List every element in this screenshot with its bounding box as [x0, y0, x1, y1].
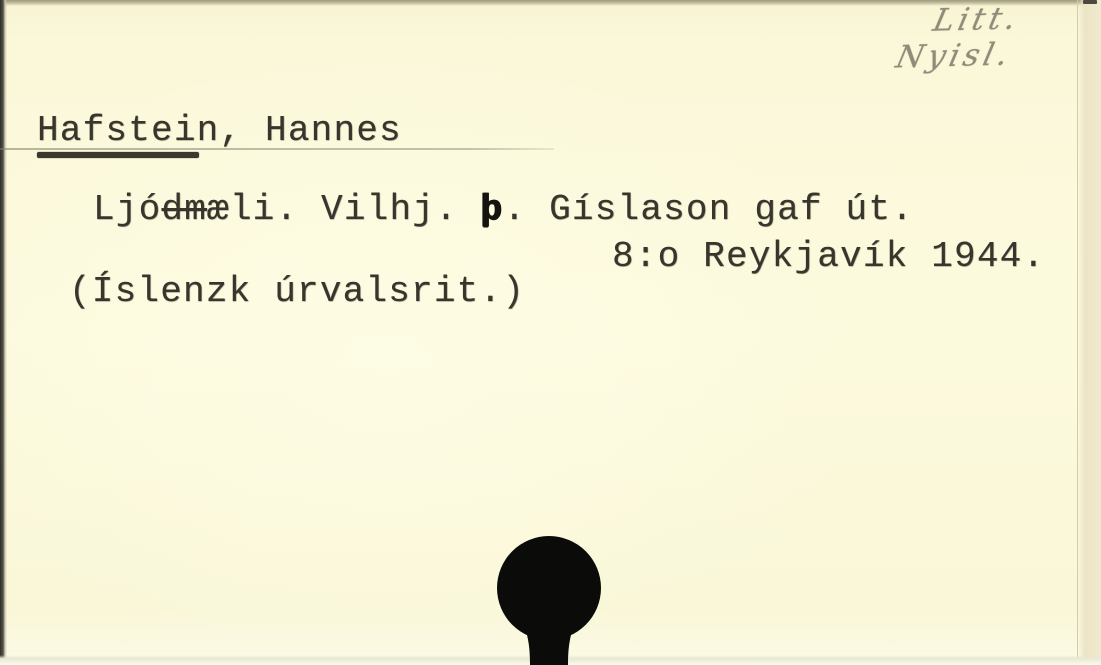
card-right-edge: [1077, 0, 1101, 665]
title-segment: æli. Vilhj.: [207, 189, 481, 230]
series-statement: (Íslenzk úrvalsrit.): [69, 271, 525, 312]
classification-note: Litt. Nyisl.: [892, 1, 1023, 76]
scanned-catalog-card: Litt. Nyisl. Hafstein, Hannes Ljódmæli. …: [0, 0, 1101, 665]
card-left-edge: [0, 0, 7, 665]
hole-punch: [480, 528, 620, 665]
title-statement: Ljódmæli. Vilhj. þ. Gíslason gaf út.: [93, 189, 914, 230]
title-segment: . Gíslason gaf út.: [504, 189, 914, 230]
heading-underline: [37, 152, 199, 158]
heading-rule-line: [0, 148, 554, 150]
title-segment: Ljó: [93, 189, 161, 230]
author-heading: Hafstein, Hannes: [37, 110, 402, 151]
scan-corner-mark: [1083, 0, 1097, 4]
classification-line-2: Nyisl.: [892, 37, 1015, 76]
title-segment-thorn: þ: [481, 189, 504, 230]
title-segment-overstruck-eth: dm: [161, 189, 207, 230]
classification-line-1: Litt.: [900, 1, 1023, 40]
imprint-statement: 8:o Reykjavík 1944.: [612, 236, 1045, 277]
